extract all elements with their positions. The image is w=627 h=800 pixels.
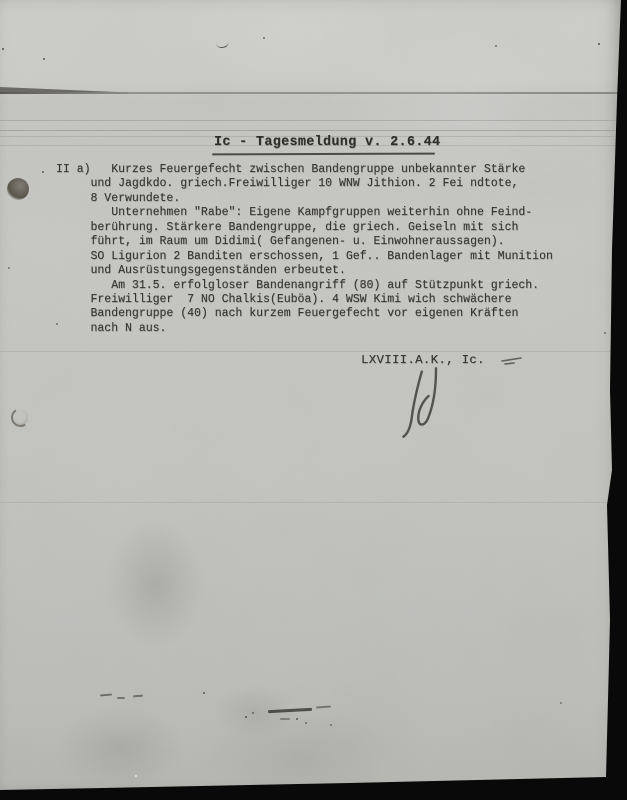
body-line: Bandengruppe (40) nach kurzem Feuergefec… [56,307,553,321]
body-line: Am 31.5. erfolgloser Bandenangriff (80) … [56,279,553,293]
hole-punch-top [7,178,29,200]
scratch-mark [216,41,230,49]
report-body: II a) Kurzes Feuergefecht zwischen Bande… [56,163,553,336]
paper-specks [0,0,2,2]
report-title: Ic - Tagesmeldung v. 2.6.44 [214,135,440,150]
title-underline [212,153,435,156]
body-line: nach N aus. [56,322,553,336]
body-line: Unternehmen "Rabe": Eigene Kampfgruppen … [56,206,553,220]
body-line: 8 Verwundete. [56,192,553,206]
crease-line [0,120,627,121]
pen-dash-mark [501,356,525,368]
scanned-document: Ic - Tagesmeldung v. 2.6.44 II a) Kurzes… [0,0,627,800]
smudge-mark [316,705,331,708]
body-line: und Jagdkdo. griech.Freiwilliger 10 WNW … [56,177,553,191]
body-line: berührung. Stärkere Bandengruppe, die gr… [56,221,553,235]
crease-line [0,130,627,131]
smudge-mark [117,697,125,699]
crease-line [0,351,627,352]
smudge-mark [280,718,290,720]
paper-stain-texture [0,0,627,800]
hole-punch-bottom [9,406,32,429]
body-line: führt, im Raum um Didimi( Gefangenen- u.… [56,235,553,249]
scan-grain-texture [0,0,627,800]
crease-wedge [0,87,128,94]
body-line: SO Ligurion 2 Banditen erschossen, 1 Gef… [56,250,553,264]
document-page: Ic - Tagesmeldung v. 2.6.44 II a) Kurzes… [0,0,627,800]
smudge-mark [100,693,112,696]
body-line: und Ausrüstungsgegenständen erbeutet. [56,264,553,278]
body-line: Freiwilliger 7 NO Chalkis(Euböa). 4 WSW … [56,293,553,307]
crease-line [0,502,627,503]
smudge-mark [133,695,143,698]
smudge-mark [268,708,312,713]
handwritten-signature [396,362,460,450]
body-line: II a) Kurzes Feuergefecht zwischen Bande… [56,163,553,177]
crease-line [0,92,627,94]
